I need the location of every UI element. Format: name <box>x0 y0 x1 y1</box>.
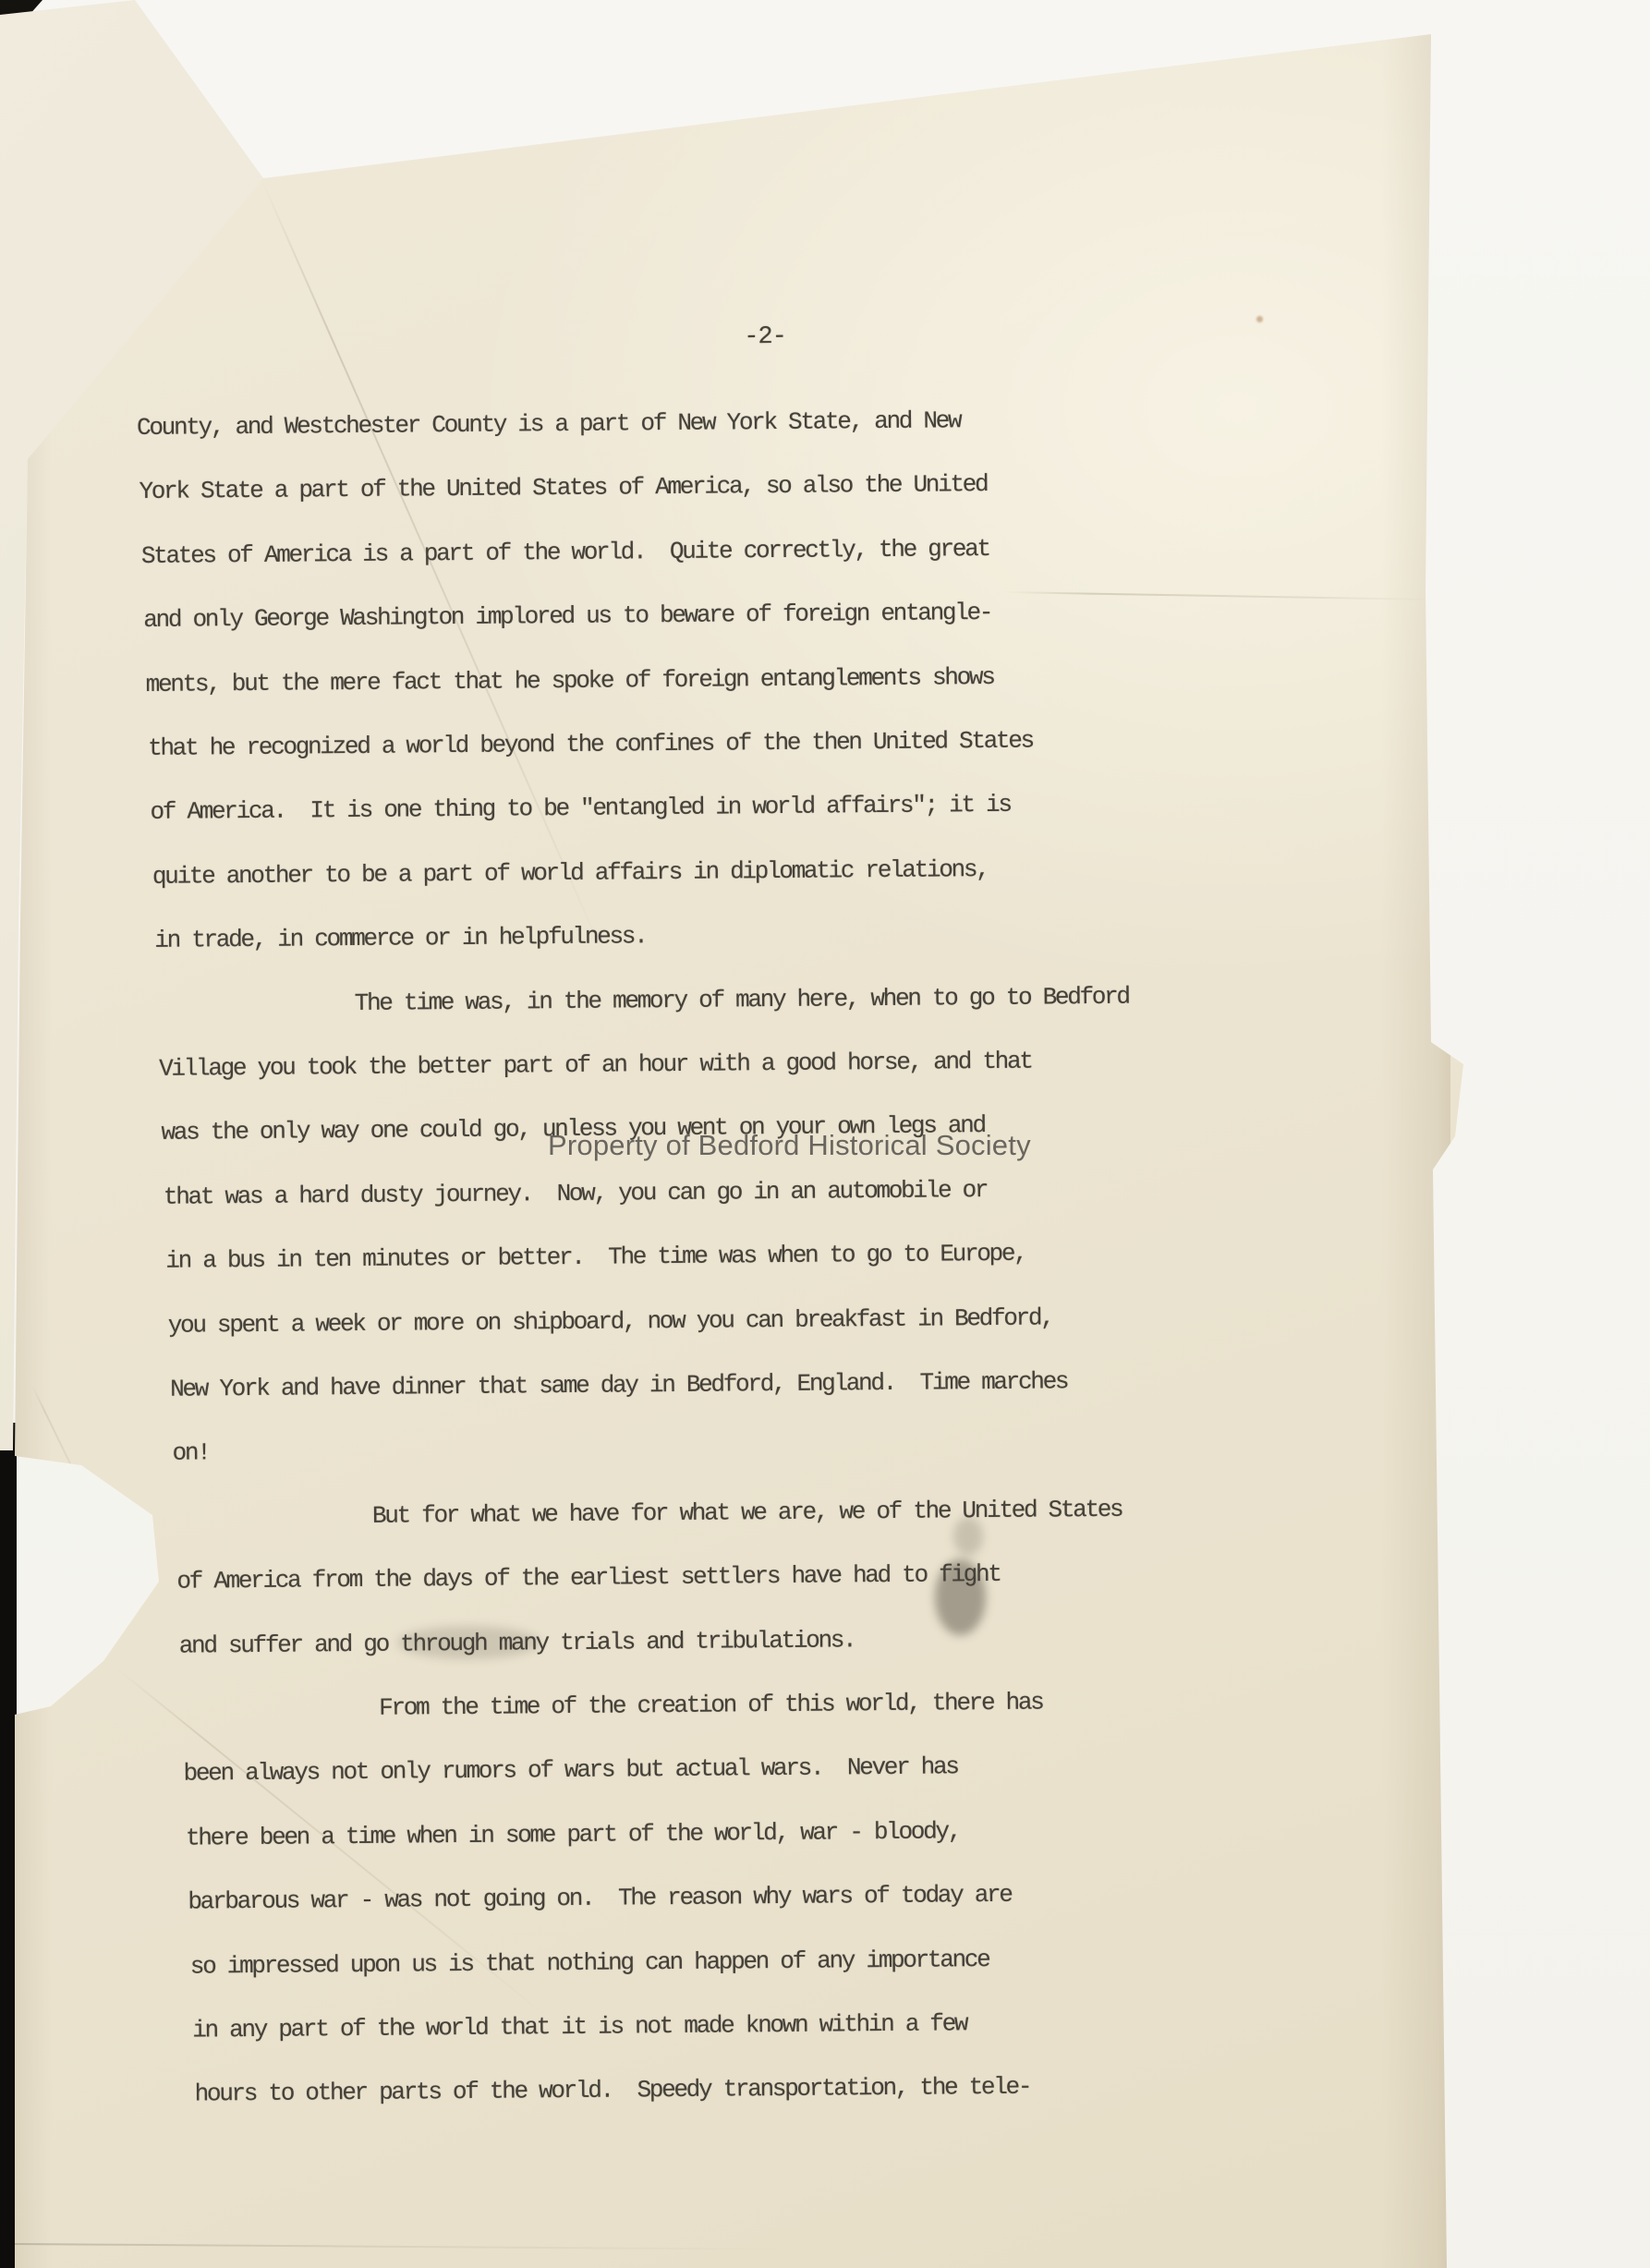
typed-line: in any part of the world that it is not … <box>192 2009 966 2044</box>
typed-line: York State a part of the United States o… <box>139 470 987 505</box>
typed-line: From the time of the creation of this wo… <box>181 1689 1043 1724</box>
typed-line: that was a hard dusty journey. Now, you … <box>164 1176 988 1211</box>
typed-line: on! <box>172 1439 209 1467</box>
watermark-overlay: Property of Bedford Historical Society <box>548 1129 1031 1162</box>
typed-line: you spent a week or more on shipboard, n… <box>168 1304 1053 1339</box>
typed-line: The time was, in the memory of many here… <box>157 982 1129 1018</box>
typed-line: been always not only rumors of wars but … <box>183 1753 957 1788</box>
typed-line: hours to other parts of the world. Speed… <box>195 2073 1031 2108</box>
typed-line: barbarous war - was not going on. The re… <box>188 1881 1012 1916</box>
typed-line: in a bus in ten minutes or better. The t… <box>165 1240 1025 1275</box>
typed-line: of America from the days of the earliest… <box>176 1560 1001 1595</box>
typed-line: County, and Westchester County is a part… <box>137 406 961 442</box>
typed-line: in trade, in commerce or in helpfulness. <box>154 922 646 954</box>
scanned-document-photo: -2- County, and Westchester County is a … <box>0 0 1650 2268</box>
typed-line: and suffer and go through many trials an… <box>179 1626 855 1659</box>
typed-line: States of America is a part of the world… <box>141 535 989 570</box>
typed-line: ments, but the mere fact that he spoke o… <box>146 663 994 698</box>
typed-line: of America. It is one thing to be "entan… <box>150 791 1010 826</box>
typed-line: so impressed upon us is that nothing can… <box>190 1946 989 1981</box>
typed-line: Village you took the better part of an h… <box>159 1048 1032 1083</box>
typed-line: and only George Washington implored us t… <box>143 599 991 634</box>
typed-line: that he recognized a world beyond the co… <box>148 727 1033 762</box>
typed-line: But for what we have for what we are, we… <box>175 1496 1122 1532</box>
page-number: -2- <box>744 323 786 351</box>
typed-line: quite another to be a part of world affa… <box>152 855 989 891</box>
typed-line: there been a time when in some part of t… <box>186 1817 960 1851</box>
typed-line: New York and have dinner that same day i… <box>170 1367 1067 1402</box>
dark-backing-strip <box>0 1423 17 2268</box>
